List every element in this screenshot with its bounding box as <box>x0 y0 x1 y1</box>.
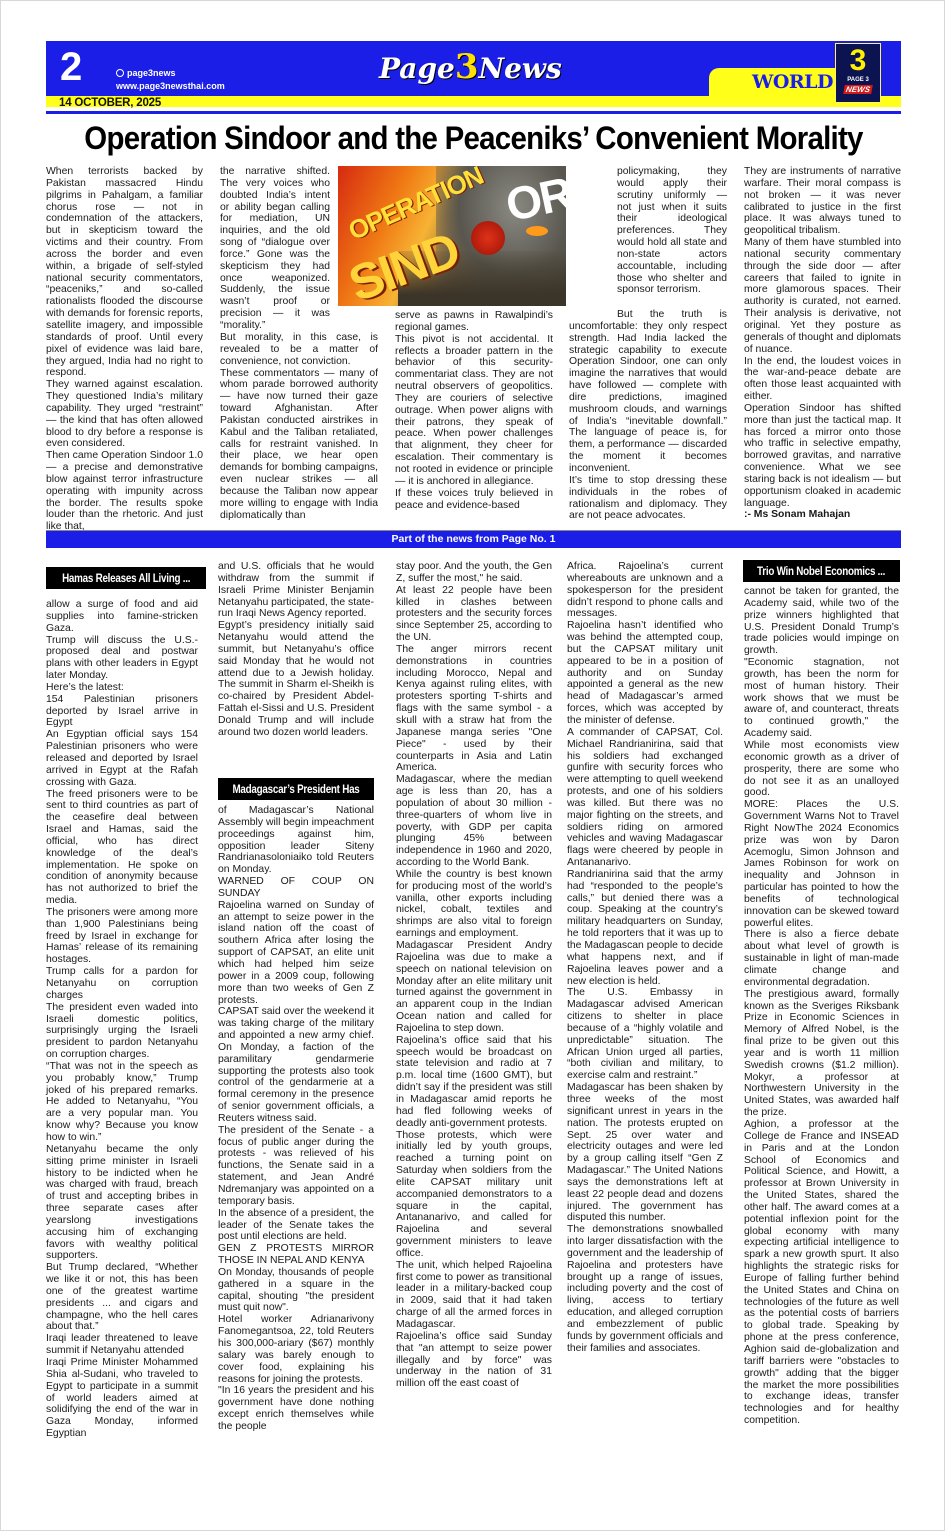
madagascar-column-1: of Madagascar’s National Assembly will b… <box>218 805 374 1433</box>
logo-text-left: Page <box>379 52 455 85</box>
paragraph: and U.S. officials that he would withdra… <box>218 561 374 620</box>
paragraph: Trump will discuss the U.S.-proposed dea… <box>46 635 198 682</box>
paragraph: But morality, in this case, is revealed … <box>220 332 378 368</box>
paragraph: It’s time to stop dressing these individ… <box>569 475 727 522</box>
page3-badge-logo: 3 PAGE 3 NEWS <box>835 43 881 103</box>
subheading: Iraqi leader threatened to leave summit … <box>46 1333 198 1357</box>
image-sindoor-dot <box>471 221 505 255</box>
hamas-story-title[interactable]: Hamas Releases All Living ... <box>46 567 206 589</box>
paragraph: the narrative shifted. The very voices w… <box>220 166 330 332</box>
nobel-column-1: cannot be taken for granted, the Academy… <box>744 586 899 1427</box>
social-links: page3news www.page3newsthai.com <box>116 67 225 93</box>
paragraph: Those protests, which were initially led… <box>396 1130 552 1260</box>
paragraph: Madagascar President Andry Rajoelina was… <box>396 940 552 1035</box>
paragraph: CAPSAT said over the weekend it was taki… <box>218 1006 374 1124</box>
paragraph: The U.S. Embassy in Madagascar advised A… <box>567 987 723 1082</box>
lead-column-4-top: policymaking, they would apply their scr… <box>617 166 727 296</box>
paragraph: There is also a fierce debate about what… <box>744 929 899 988</box>
page3news-logo: Page3News <box>379 47 562 87</box>
paragraph: A commander of CAPSAT, Col. Michael Rand… <box>567 727 723 869</box>
madagascar-story-title[interactable]: Madagascar’s President Has ... <box>218 778 374 800</box>
lead-column-2-bottom: But morality, in this case, is revealed … <box>220 332 378 522</box>
paragraph: allow a surge of food and aid supplies i… <box>46 599 198 635</box>
paragraph: "Economic stagnation, not growth, has be… <box>744 657 899 740</box>
paragraph: Iraqi Prime Minister Mohammed Shia al-Su… <box>46 1357 198 1440</box>
paragraph: At least 22 people have been killed in c… <box>396 585 552 644</box>
paragraph: The demonstrations snowballed into large… <box>567 1224 723 1354</box>
facebook-link[interactable]: page3news <box>116 67 225 80</box>
paragraph: The president of the Senate - a focus of… <box>218 1125 374 1208</box>
paragraph: Aghion, a professor at the College de Fr… <box>744 1119 899 1427</box>
website-link[interactable]: www.page3newsthai.com <box>116 80 225 93</box>
paragraph: of Madagascar’s National Assembly will b… <box>218 805 374 876</box>
lead-column-4-bottom: But the truth is uncomfortable: they onl… <box>569 309 727 522</box>
nobel-story-title[interactable]: Trio Win Nobel Economics ... <box>743 560 900 582</box>
badge-text: PAGE 3 <box>836 76 880 84</box>
paragraph: On Monday, thousands of people gathered … <box>218 1267 374 1314</box>
paragraph: Africa. Rajoelina’s current whereabouts … <box>567 561 723 620</box>
paragraph: In the end, the loudest voices in the wa… <box>744 356 901 403</box>
hamas-column-1: allow a surge of food and aid supplies i… <box>46 599 198 1440</box>
hamas-column-2: and U.S. officials that he would withdra… <box>218 561 374 739</box>
paragraph: The president even waded into Israeli do… <box>46 1002 198 1061</box>
badge-news: NEWS <box>843 85 873 94</box>
paragraph: The freed prisoners were to be sent to t… <box>46 789 198 907</box>
paragraph: "In 16 years the president and his gover… <box>218 1385 374 1432</box>
paragraph: policymaking, they would apply their scr… <box>617 166 727 296</box>
paragraph: Rajoelina’s office said that his speech … <box>396 1035 552 1130</box>
paragraph: Hotel worker Adrianarivony Fanomegantsoa… <box>218 1314 374 1385</box>
operation-sindoor-image: OPERATION SIND OR <box>338 166 566 306</box>
paragraph: Then came Operation Sindoor 1.0 — a prec… <box>46 450 203 533</box>
facebook-handle: page3news <box>127 68 176 78</box>
lead-column-5: They are instruments of narrative warfar… <box>744 166 901 521</box>
paragraph: But the truth is uncomfortable: they onl… <box>569 309 727 475</box>
paragraph: Here’s the latest: <box>46 682 198 694</box>
paragraph: The prestigious award, formally known as… <box>744 989 899 1119</box>
paragraph: Rajoelina warned on Sunday of an attempt… <box>218 900 374 1007</box>
paragraph: While the country is best known for prod… <box>396 869 552 940</box>
lead-headline: Operation Sindoor and the Peaceniks’ Con… <box>80 118 867 158</box>
paragraph: Rajoelina hasn’t identified who was behi… <box>567 620 723 727</box>
subheading: Trump calls for a pardon for Netanyahu o… <box>46 966 198 1002</box>
paragraph: If these voices truly believed in peace … <box>395 488 553 512</box>
lead-column-3: serve as pawns in Rawalpindi’s regional … <box>395 310 553 511</box>
paragraph: An Egyptian official says 154 Palestinia… <box>46 729 198 788</box>
paragraph: Netanyahu became the only sitting prime … <box>46 1144 198 1262</box>
masthead-divider <box>46 111 901 114</box>
paragraph: This pivot is not accidental. It reflect… <box>395 334 553 488</box>
newspaper-page: 2 page3news www.page3newsthai.com 14 OCT… <box>0 0 945 1531</box>
paragraph: They are instruments of narrative warfar… <box>744 166 901 237</box>
continuation-label: Part of the news from Page No. 1 <box>46 531 901 548</box>
continuation-band: Part of the news from Page No. 1 <box>46 530 901 548</box>
lead-column-1: When terrorists backed by Pakistan massa… <box>46 166 203 533</box>
paragraph: The anger mirrors recent demonstrations … <box>396 644 552 774</box>
madagascar-column-3: Africa. Rajoelina’s current whereabouts … <box>567 561 723 1355</box>
madagascar-column-2: stay poor. And the youth, the Gen Z, suf… <box>396 561 552 1390</box>
paragraph: MORE: Places the U.S. Government Warns N… <box>744 799 899 929</box>
issue-date: 14 OCTOBER, 2025 <box>59 97 161 109</box>
paragraph: Egypt’s presidency initially said Netany… <box>218 620 374 738</box>
paragraph: serve as pawns in Rawalpindi’s regional … <box>395 310 553 334</box>
subheading: GEN Z PROTESTS MIRROR THOSE IN NEPAL AND… <box>218 1243 374 1267</box>
title-text: Hamas Releases All Living ... <box>62 567 190 589</box>
author-byline: :- Ms Sonam Mahajan <box>744 509 901 521</box>
paragraph: cannot be taken for granted, the Academy… <box>744 586 899 657</box>
paragraph: While most economists view economic grow… <box>744 740 899 799</box>
title-text: Trio Win Nobel Economics ... <box>757 560 885 582</box>
logo-text-right: News <box>479 52 562 85</box>
logo-three: 3 <box>455 47 479 87</box>
paragraph: They warned against escalation. They que… <box>46 379 203 450</box>
badge-number: 3 <box>836 46 880 76</box>
section-label: WORLD <box>752 71 833 93</box>
subheading: 154 Palestinian prisoners deported by Is… <box>46 694 198 730</box>
paragraph: But Trump declared, “Whether we like it … <box>46 1262 198 1333</box>
facebook-icon <box>116 69 124 77</box>
paragraph: stay poor. And the youth, the Gen Z, suf… <box>396 561 552 585</box>
paragraph: Operation Sindoor has shifted more than … <box>744 403 901 510</box>
paragraph: Many of them have stumbled into national… <box>744 237 901 355</box>
paragraph: These commentators — many of whom parade… <box>220 368 378 522</box>
paragraph: “That was not in the speech as you proba… <box>46 1061 198 1144</box>
paragraph: Randrianirina said that the army had “re… <box>567 869 723 987</box>
paragraph: In the absence of a president, the leade… <box>218 1208 374 1244</box>
paragraph: Madagascar, where the median age is less… <box>396 774 552 869</box>
paragraph: Madagascar has been shaken by three week… <box>567 1082 723 1224</box>
paragraph: The prisoners were among more than 1,900… <box>46 907 198 966</box>
page-number: 2 <box>60 45 82 89</box>
subheading: WARNED OF COUP ON SUNDAY <box>218 876 374 900</box>
paragraph: Rajoelina’s office said Sunday that "an … <box>396 1331 552 1390</box>
paragraph: The unit, which helped Rajoelina first c… <box>396 1260 552 1331</box>
lead-column-2-top: the narrative shifted. The very voices w… <box>220 166 330 332</box>
paragraph: When terrorists backed by Pakistan massa… <box>46 166 203 379</box>
